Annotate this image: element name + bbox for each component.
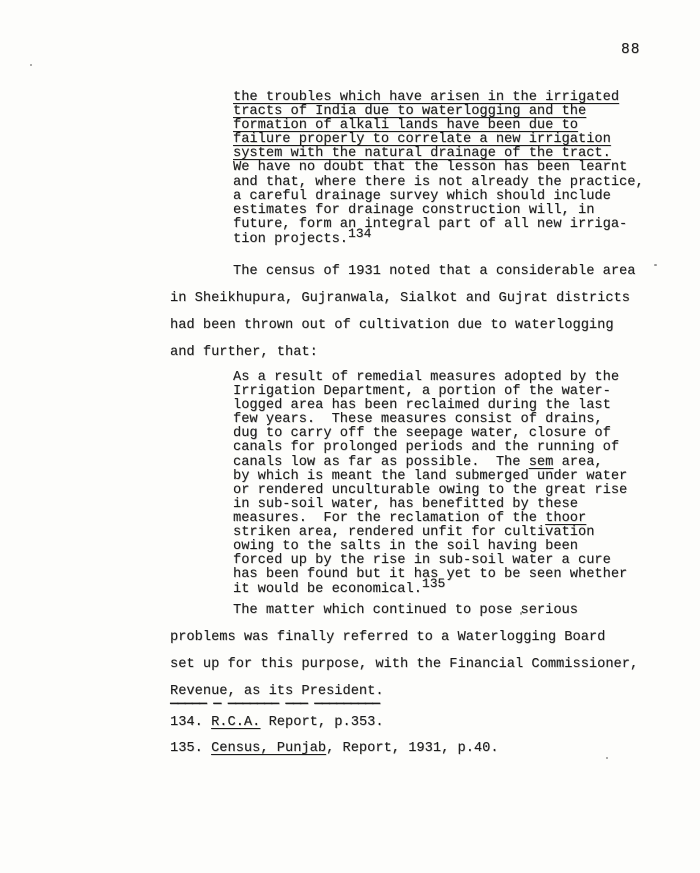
- scan-speck: [606, 757, 608, 759]
- quote-line: few years. These measures consist of dra…: [233, 413, 627, 427]
- quote-line: estimates for drainage construction will…: [233, 204, 644, 218]
- body-line: problems was finally referred to a Water…: [170, 624, 638, 651]
- term-sem: sem: [529, 455, 554, 470]
- quote-line-text: measures. For the reclamation of the: [233, 511, 545, 526]
- scan-speck: [654, 264, 657, 266]
- footnote-134: 134. R.C.A. Report, p.353.: [170, 716, 384, 730]
- footnote-ref-134: 134: [348, 226, 371, 241]
- body-line: had been thrown out of cultivation due t…: [170, 312, 635, 339]
- scan-speck: [520, 612, 522, 615]
- quote-line: dug to carry off the seepage water, clos…: [233, 427, 627, 441]
- quote-line-text: canals low as far as possible. The: [233, 455, 529, 470]
- footnote-source: Census, Punjab: [211, 741, 326, 756]
- body-line: in Sheikhupura, Gujranwala, Sialkot and …: [170, 285, 635, 312]
- term-thoor: thoor: [545, 511, 586, 526]
- quote-line: Irrigation Department, a portion of the …: [233, 385, 627, 399]
- blockquote-remedial-measures: As a result of remedial measures adopted…: [233, 371, 627, 597]
- footnote-number: 134.: [170, 715, 211, 730]
- scan-speck: [30, 64, 32, 66]
- body-line: and further, that:: [170, 339, 635, 366]
- quote-line: We have no doubt that the lesson has bee…: [233, 161, 644, 175]
- quote-line: logged area has been reclaimed during th…: [233, 399, 627, 413]
- footnote-ref-135: 135: [422, 576, 445, 591]
- quote-line: the troubles which have arisen in the ir…: [233, 91, 644, 105]
- quote-line-text: area,: [553, 455, 602, 470]
- quote-line: or rendered unculturable owing to the gr…: [233, 484, 627, 498]
- paragraph-census: The census of 1931 noted that a consider…: [170, 258, 635, 366]
- footnote-source: R.C.A.: [211, 715, 260, 730]
- footnote-text: , Report, 1931, p.40.: [326, 741, 499, 756]
- quote-line: failure properly to correlate a new irri…: [233, 133, 644, 147]
- quote-line: forced up by the rise in sub-soil water …: [233, 554, 627, 568]
- quote-line: system with the natural drainage of the …: [233, 147, 644, 161]
- quote-line-text: tion projects.: [233, 232, 348, 247]
- quote-line: by which is meant the land submerged und…: [233, 470, 627, 484]
- quote-line: in sub-soil water, has benefitted by the…: [233, 498, 627, 512]
- quote-line: formation of alkali lands have been due …: [233, 119, 644, 133]
- quote-line: owing to the salts in the soil having be…: [233, 540, 627, 554]
- footnote-135: 135. Census, Punjab, Report, 1931, p.40.: [170, 742, 499, 756]
- quote-line: canals low as far as possible. The sem a…: [233, 456, 627, 470]
- quote-line: As a result of remedial measures adopted…: [233, 371, 627, 385]
- quote-line: future, form an integral part of all new…: [233, 218, 644, 232]
- paragraph-waterlogging-board: The matter which continued to pose serio…: [170, 597, 638, 705]
- quote-line: it would be economical.135: [233, 582, 627, 596]
- quote-line: tracts of India due to waterlogging and …: [233, 105, 644, 119]
- quote-line: striken area, rendered unfit for cultiva…: [233, 526, 627, 540]
- page-number: 88: [621, 42, 640, 58]
- quote-line: canals for prolonged periods and the run…: [233, 441, 627, 455]
- quote-line-text: it would be economical.: [233, 582, 422, 597]
- body-line: set up for this purpose, with the Financ…: [170, 651, 638, 678]
- body-line: The matter which continued to pose serio…: [170, 597, 638, 624]
- quote-line: tion projects.134: [233, 232, 644, 246]
- quote-line: and that, where there is not already the…: [233, 176, 644, 190]
- footnote-number: 135.: [170, 741, 211, 756]
- footnote-separator: ————— — ——————— ——— —————————: [170, 697, 379, 712]
- footnote-text: Report, p.353.: [260, 715, 383, 730]
- quote-line: a careful drainage survey which should i…: [233, 190, 644, 204]
- blockquote-irrigation-lesson: the troubles which have arisen in the ir…: [233, 91, 644, 246]
- quote-line: measures. For the reclamation of the tho…: [233, 512, 627, 526]
- body-line: The census of 1931 noted that a consider…: [170, 258, 635, 285]
- document-page: 88 the troubles which have arisen in the…: [0, 0, 700, 873]
